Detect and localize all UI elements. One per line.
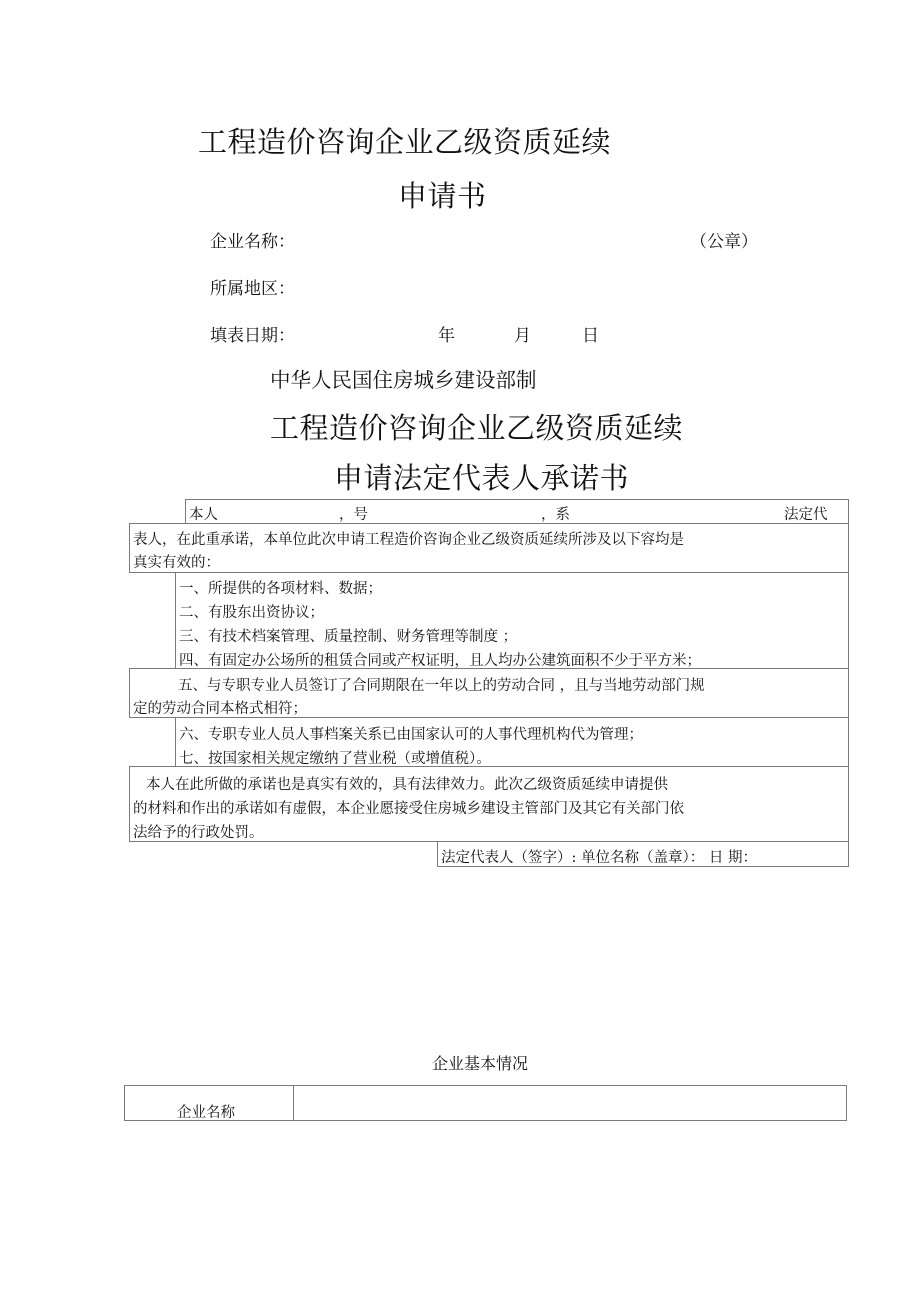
closing-line-2: 的材料和作出的承诺如有虚假，本企业愿接受住房城乡建设主管部门及其它有关部门依 (133, 797, 684, 818)
day-label: 日 (582, 321, 599, 346)
pledge-intro: 表人，在此重承诺，本单位此次申请工程造价咨询企业乙级资质延续所涉及以下容均是 真… (129, 523, 849, 573)
pledge-item-5: 五、与专职专业人员签订了合同期限在一年以上的劳动合同 ，且与当地劳动部门规 定的… (129, 668, 849, 718)
item5-line-1: 五、与专职专业人员签订了合同期限在一年以上的劳动合同 ，且与当地劳动部门规 (178, 674, 705, 695)
position-label: ，系 (541, 503, 570, 524)
pledge-items-1-4: 一、所提供的各项材料、数据； 二、有股东出资协议； 三、有技术档案管理、质量控制… (175, 572, 849, 669)
month-label: 月 (514, 321, 531, 346)
pledge-item: 二、有股东出资协议； (179, 601, 324, 622)
pledge-title-line2: 申请法定代表人承诺书 (334, 456, 629, 497)
intro-line-2: 真实有效的： (133, 551, 220, 572)
company-name-cell: 企业名称 (125, 1086, 294, 1120)
basic-info-table: 企业名称 (124, 1085, 847, 1121)
pledge-title-line1: 工程造价咨询企业乙级资质延续 (270, 406, 683, 447)
region-label: 所属地区： (210, 274, 295, 299)
basic-info-title: 企业基本情况 (432, 1051, 528, 1074)
closing-line-3: 法给予的行政处罚。 (133, 821, 264, 842)
item5-line-2: 定的劳动合同本格式相符； (133, 697, 307, 718)
signature-row: 法定代表人（签字）: 单位名称（盖章）： 日 期： (437, 841, 849, 867)
id-number-label: ，号 (339, 503, 368, 524)
pledge-item: 七、按国家相关规定缴纳了营业税（或增值税）。 (179, 747, 491, 768)
year-label: 年 (438, 321, 455, 346)
company-name-cell-label: 企业名称 (177, 1101, 235, 1122)
pledge-row-name: 本人 ，号 ，系 法定代 (185, 499, 849, 524)
pledge-item: 三、有技术档案管理、质量控制、财务管理等制度 ； (179, 625, 517, 646)
cover-title-line1: 工程造价咨询企业乙级资质延续 (198, 120, 611, 161)
pledge-item: 六、专职专业人员人事档案关系已由国家认可的人事代理机构代为管理； (179, 723, 643, 744)
company-name-label: 企业名称： (210, 227, 295, 252)
fill-date-label: 填表日期： (210, 321, 295, 346)
issuer-text: 中华人民国住房城乡建设部制 (270, 363, 537, 393)
pledge-closing: 本人在此所做的承诺也是真实有效的，具有法律效力。此次乙级资质延续申请提供 的材料… (129, 766, 849, 842)
pledge-items-6-7: 六、专职专业人员人事档案关系已由国家认可的人事代理机构代为管理； 七、按国家相关… (175, 717, 849, 767)
cover-title-line2: 申请书 (398, 174, 487, 215)
company-name-value-field[interactable] (294, 1086, 846, 1120)
closing-line-1: 本人在此所做的承诺也是真实有效的，具有法律效力。此次乙级资质延续申请提供 (146, 773, 668, 794)
seal-label: （公章） (690, 227, 758, 252)
legal-rep-label-part: 法定代 (784, 503, 828, 524)
pledge-item: 一、所提供的各项材料、数据； (179, 577, 382, 598)
self-label: 本人 (189, 503, 218, 524)
intro-line-1: 表人，在此重承诺，本单位此次申请工程造价咨询企业乙级资质延续所涉及以下容均是 (133, 528, 684, 549)
signature-labels: 法定代表人（签字）: 单位名称（盖章）： 日 期： (441, 846, 757, 867)
pledge-item: 四、有固定办公场所的租赁合同或产权证明，且人均办公建筑面积不少于平方米； (179, 649, 701, 670)
